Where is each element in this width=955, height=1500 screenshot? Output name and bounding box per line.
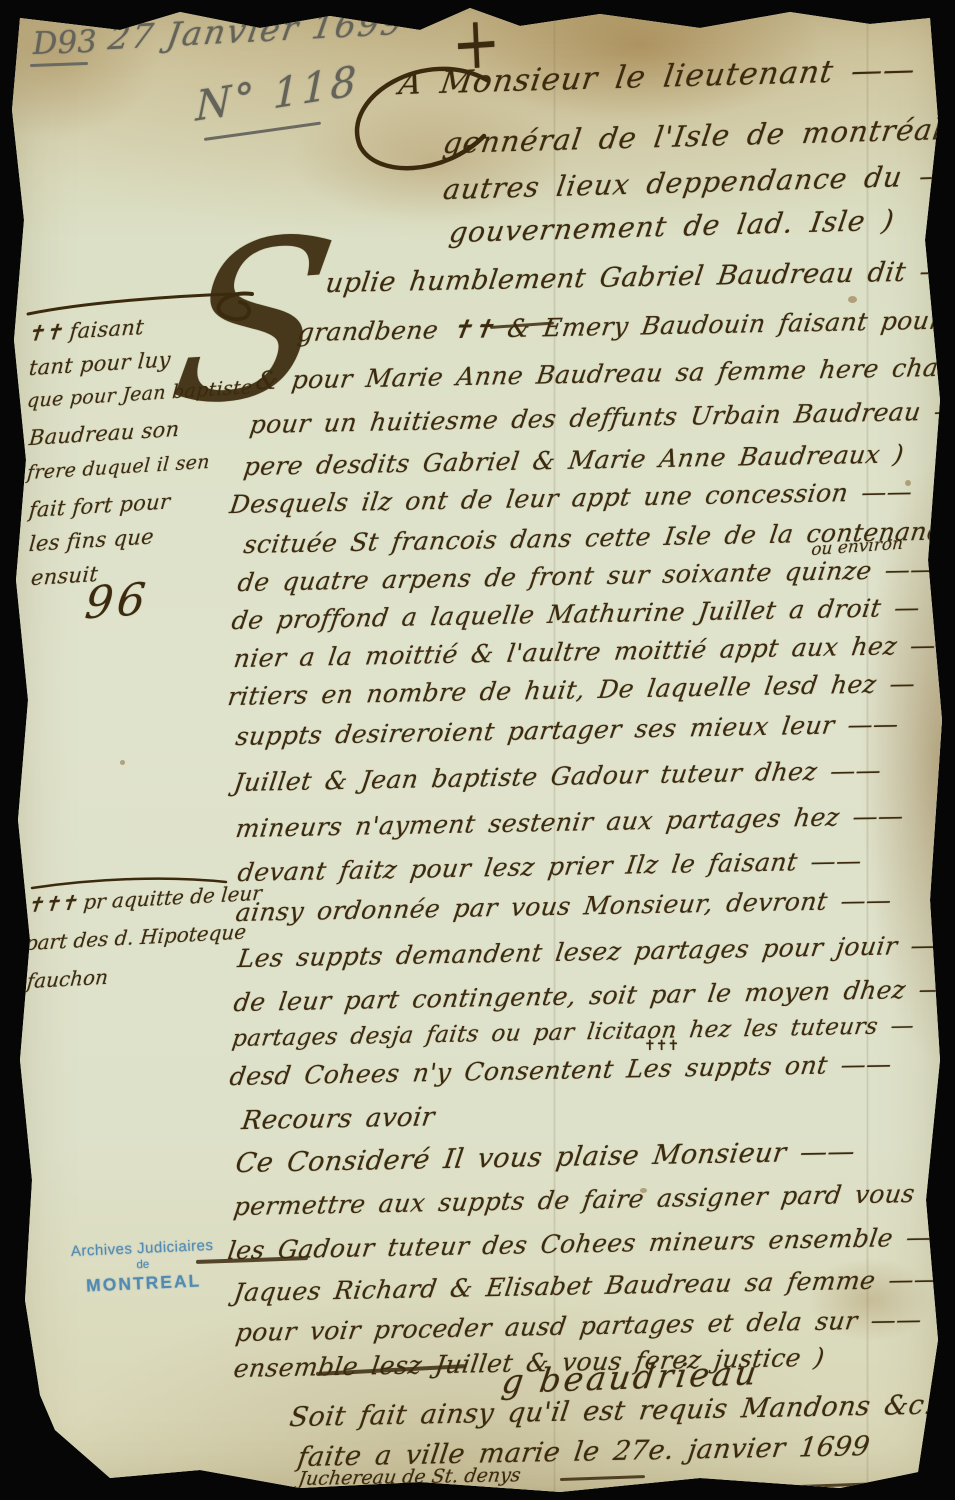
margin-note-1-line: les fins que [28,524,155,556]
body-line: pour un huitiesme des deffunts Urbain Ba… [248,396,955,439]
address-line-4: gouvernement de lad. Isle ) [447,204,897,250]
body-line: uplie humblement Gabriel Baudreau dit —— [324,256,955,300]
conclusion-line: les Gadour tuteur des Cohees mineurs ens… [226,1222,934,1265]
date-underline-flourish [770,1481,900,1488]
archive-stamp: Archives Judiciaires de MONTREAL [37,1235,249,1298]
body-line: ritiers en nombre de huit, De laquelle l… [226,669,917,711]
body-line: grandbene ✝✝ & Emery Baudouin faisant po… [296,304,955,347]
foxing-speck [120,760,125,765]
margin-note-2-line: part des d. Hipoteque [24,919,247,955]
photographed-manuscript: D93 27 Janvier 1699 N° 118 + A Monsieur … [0,0,955,1500]
margin-note-2-line: fauchon [26,965,109,993]
body-line: devant faitz pour lesz prier Ilz le fais… [236,846,864,887]
pencil-date: 27 Janvier 1699 [106,3,407,58]
margin-note-1-line: tant pour luy [28,347,172,380]
body-line: desd Cohees n'y Consentent Les suppts on… [228,1049,894,1091]
manuscript-paper-sheet: D93 27 Janvier 1699 N° 118 + A Monsieur … [0,0,955,1500]
body-line: & pour Marie Anne Baudreau sa femme here… [254,351,955,395]
body-line: suppts desireroient partager ses mieux l… [234,709,901,751]
body-line: Juillet & Jean baptiste Gadour tuteur dh… [232,756,883,798]
officer-name: Juchereau de St. denys [297,1464,522,1490]
margin-note-1-line: Baudreau son [28,417,180,450]
body-line: partages desja faits ou par licitaon hez… [230,1013,916,1052]
margin-note-1-line: frere duquel il sen [26,451,210,484]
body-line: mineurs n'ayment sestenir aux partages h… [234,801,906,843]
conclusion-line: pour voir proceder ausd partages et dela… [234,1305,924,1347]
foxing-speck [848,296,857,303]
address-line-3: autres lieux deppendance du —— [441,158,955,206]
body-line: nier a la moittié & l'aultre moittié app… [232,631,938,674]
body-line: Les suppts demandent lesez partages pour… [236,931,938,973]
body-line: Desquels ilz ont de leur appt une conces… [228,477,914,519]
margin-note-1-figure: 96 [83,574,152,630]
body-line: ainsy ordonnée par vous Monsieur, devron… [234,885,894,927]
body-line: de proffond a laquelle Mathurine Juillet… [230,593,922,635]
pencil-ref-code: D93 [32,24,98,62]
pencil-ref-underline [30,62,88,67]
address-line-2: gennéral de l'Isle de montréal &— [441,110,955,160]
body-line: de quatre arpens de front sur soixante q… [236,555,938,597]
order-line: Soit fait ainsy qu'il est requis Mandons… [288,1390,936,1433]
body-line: de leur part contingente, soit par le mo… [232,974,946,1017]
conclusion-line: Ce Consideré Il vous plaise Monsieur —— [234,1136,857,1179]
body-line: pere desdits Gabriel & Marie Anne Baudre… [242,439,906,481]
conclusion-line: permettre aux suppts de faire assigner p… [232,1178,955,1221]
recourse-line: Recours avoir [240,1102,437,1136]
triple-cross-mark: ✝✝✝ [644,1038,679,1054]
ink-strikethrough [560,1475,645,1481]
margin-note-1-line: fait fort pour [28,489,171,522]
conclusion-line: Jaques Richard & Elisabet Baudreau sa fe… [232,1264,942,1307]
